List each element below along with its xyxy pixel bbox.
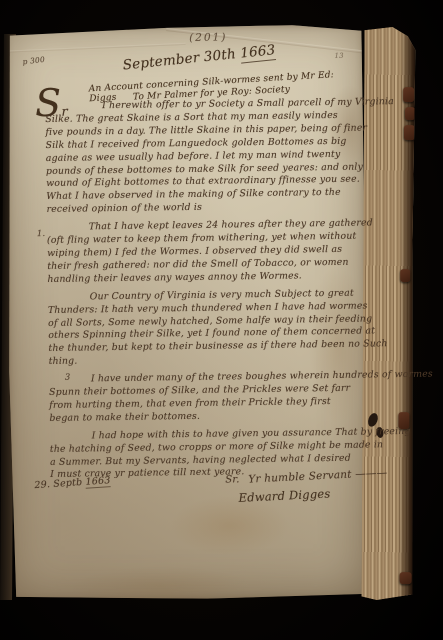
closing-salute: Sr.	[225, 474, 239, 485]
heading-date: September 30th 1663	[122, 42, 276, 73]
manuscript-photo: p 300 (201) 13 September 30th 1663 An Ac…	[0, 0, 443, 640]
margin-number-3: 3	[65, 373, 71, 383]
fore-edge-tab	[400, 572, 412, 584]
margin-date-year: 1663	[85, 475, 111, 489]
fore-edge-tab	[404, 125, 415, 140]
manuscript-text: p 300 (201) 13 September 30th 1663 An Ac…	[4, 24, 370, 603]
margin-date: 29. Septb 1663	[34, 475, 111, 491]
fore-edge-tab	[403, 87, 414, 102]
heading-date-year: 1663	[239, 42, 276, 63]
heading-date-prefix: September 30th	[122, 46, 237, 73]
signature: Edward Digges	[238, 486, 330, 504]
margin-number-1: 1.	[37, 229, 46, 239]
archive-page-label: p 300	[22, 55, 45, 67]
margin-date-prefix: 29. Septb	[34, 477, 83, 491]
fore-edge-tab	[400, 269, 410, 282]
corner-mark: 13	[334, 52, 343, 60]
fore-edge-tab	[405, 107, 415, 120]
letter-body: I herewith offer to yr Society a Small p…	[45, 97, 364, 483]
folio-number: (201)	[189, 31, 227, 44]
